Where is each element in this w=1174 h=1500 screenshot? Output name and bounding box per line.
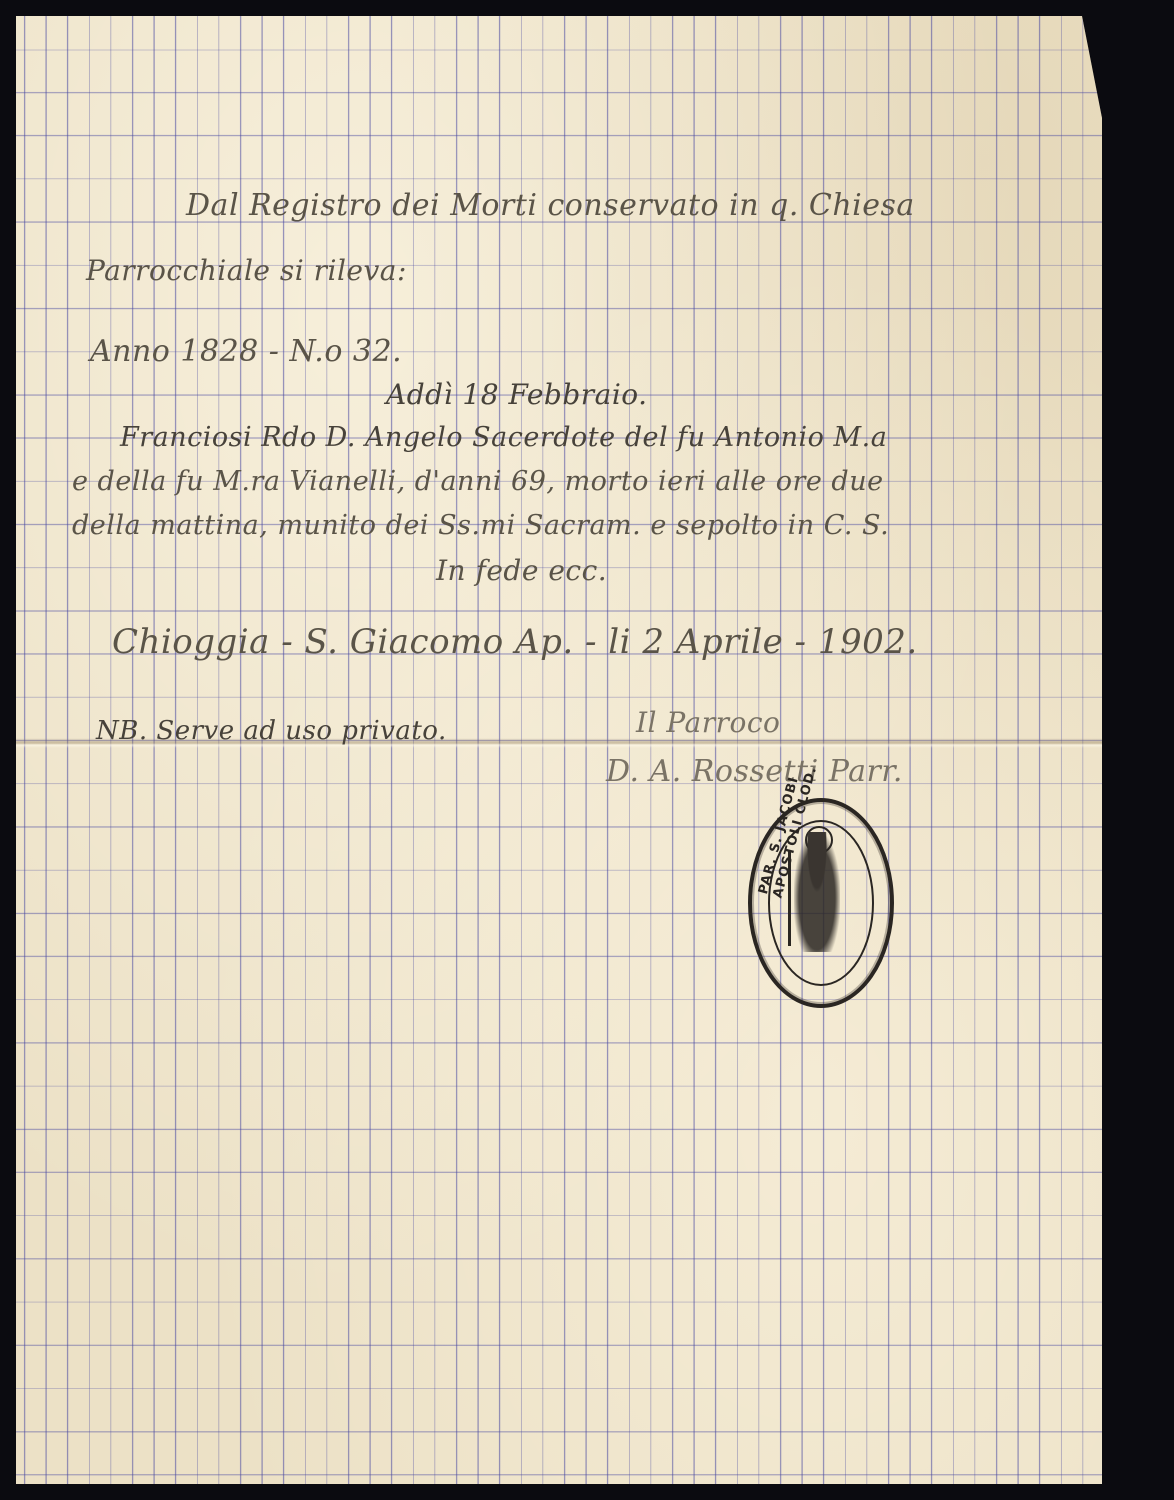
- signature-name: D. A. Rossetti Parr.: [606, 754, 903, 789]
- entry-year-number: Anno 1828 - N.o 32.: [90, 334, 402, 369]
- header-line-2: Parrocchiale si rileva:: [86, 254, 407, 287]
- grid-horizontal-lines: [16, 16, 1156, 1484]
- document-paper: Dal Registro dei Morti conservato in q. …: [16, 16, 1156, 1484]
- signature-title: Il Parroco: [636, 706, 780, 739]
- entry-body-line-2: e della fu M.ra Vianelli, d'anni 69, mor…: [72, 466, 884, 497]
- entry-body-line-3: della mattina, munito dei Ss.mi Sacram. …: [72, 510, 889, 541]
- entry-body-line-1: Franciosi Rdo D. Angelo Sacerdote del fu…: [120, 422, 887, 453]
- entry-date: Addì 18 Febbraio.: [386, 378, 648, 411]
- parish-stamp: PAR. S. JACOBI APOSTOLI CLOD.: [748, 798, 894, 1008]
- header-line-1: Dal Registro dei Morti conservato in q. …: [186, 188, 915, 223]
- saint-figure-icon: [794, 832, 840, 952]
- place-date: Chioggia - S. Giacomo Ap. - li 2 Aprile …: [112, 622, 918, 662]
- entry-closing: In fede ecc.: [436, 554, 607, 587]
- private-use-note: NB. Serve ad uso privato.: [96, 716, 447, 746]
